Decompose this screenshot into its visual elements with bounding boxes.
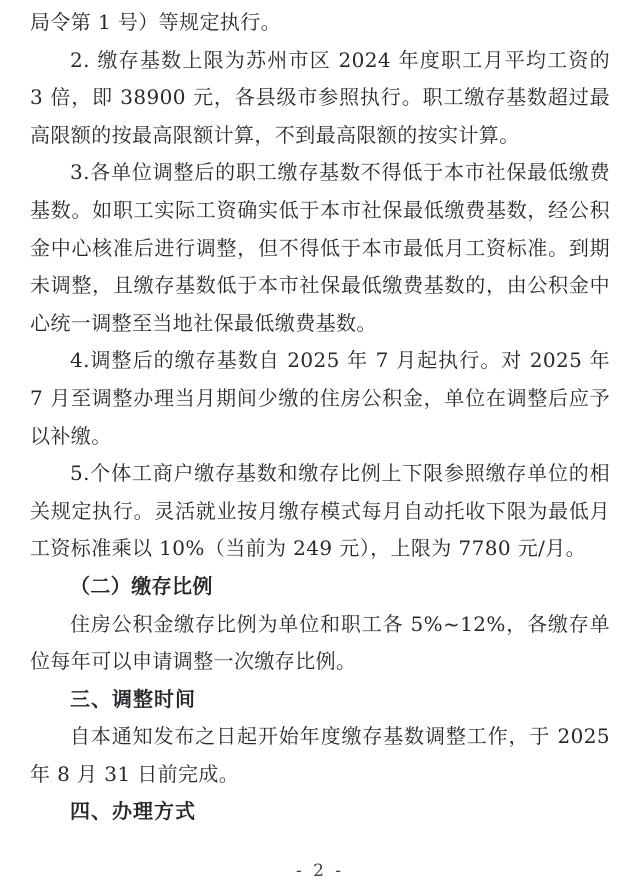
paragraph-item-4: 4.调整后的缴存基数自 2025 年 7 月起执行。对 2025 年 7 月至调… [30, 342, 610, 455]
document-page: 局令第 1 号）等规定执行。 2. 缴存基数上限为苏州市区 2024 年度职工月… [0, 0, 640, 889]
paragraph-adjustment-time-body: 自本通知发布之日起开始年度缴存基数调整工作，于 2025 年 8 月 31 日前… [30, 718, 610, 793]
section-heading-adjustment-time: 三、调整时间 [30, 681, 610, 719]
paragraph-item-3: 3.各单位调整后的职工缴存基数不得低于本市社保最低缴费基数。如职工实际工资确实低… [30, 154, 610, 342]
paragraph-item-5: 5.个体工商户缴存基数和缴存比例上下限参照缴存单位的相关规定执行。灵活就业按月缴… [30, 455, 610, 568]
paragraph-continuation: 局令第 1 号）等规定执行。 [30, 4, 610, 42]
paragraph-item-2: 2. 缴存基数上限为苏州市区 2024 年度职工月平均工资的 3 倍，即 389… [30, 42, 610, 155]
section-heading-contribution-ratio: （二）缴存比例 [30, 568, 610, 606]
section-heading-handling-method: 四、办理方式 [30, 793, 610, 831]
page-number: - 2 - [0, 861, 640, 881]
document-body: 局令第 1 号）等规定执行。 2. 缴存基数上限为苏州市区 2024 年度职工月… [30, 4, 610, 831]
paragraph-contribution-ratio-body: 住房公积金缴存比例为单位和职工各 5%~12%，各缴存单位每年可以申请调整一次缴… [30, 606, 610, 681]
